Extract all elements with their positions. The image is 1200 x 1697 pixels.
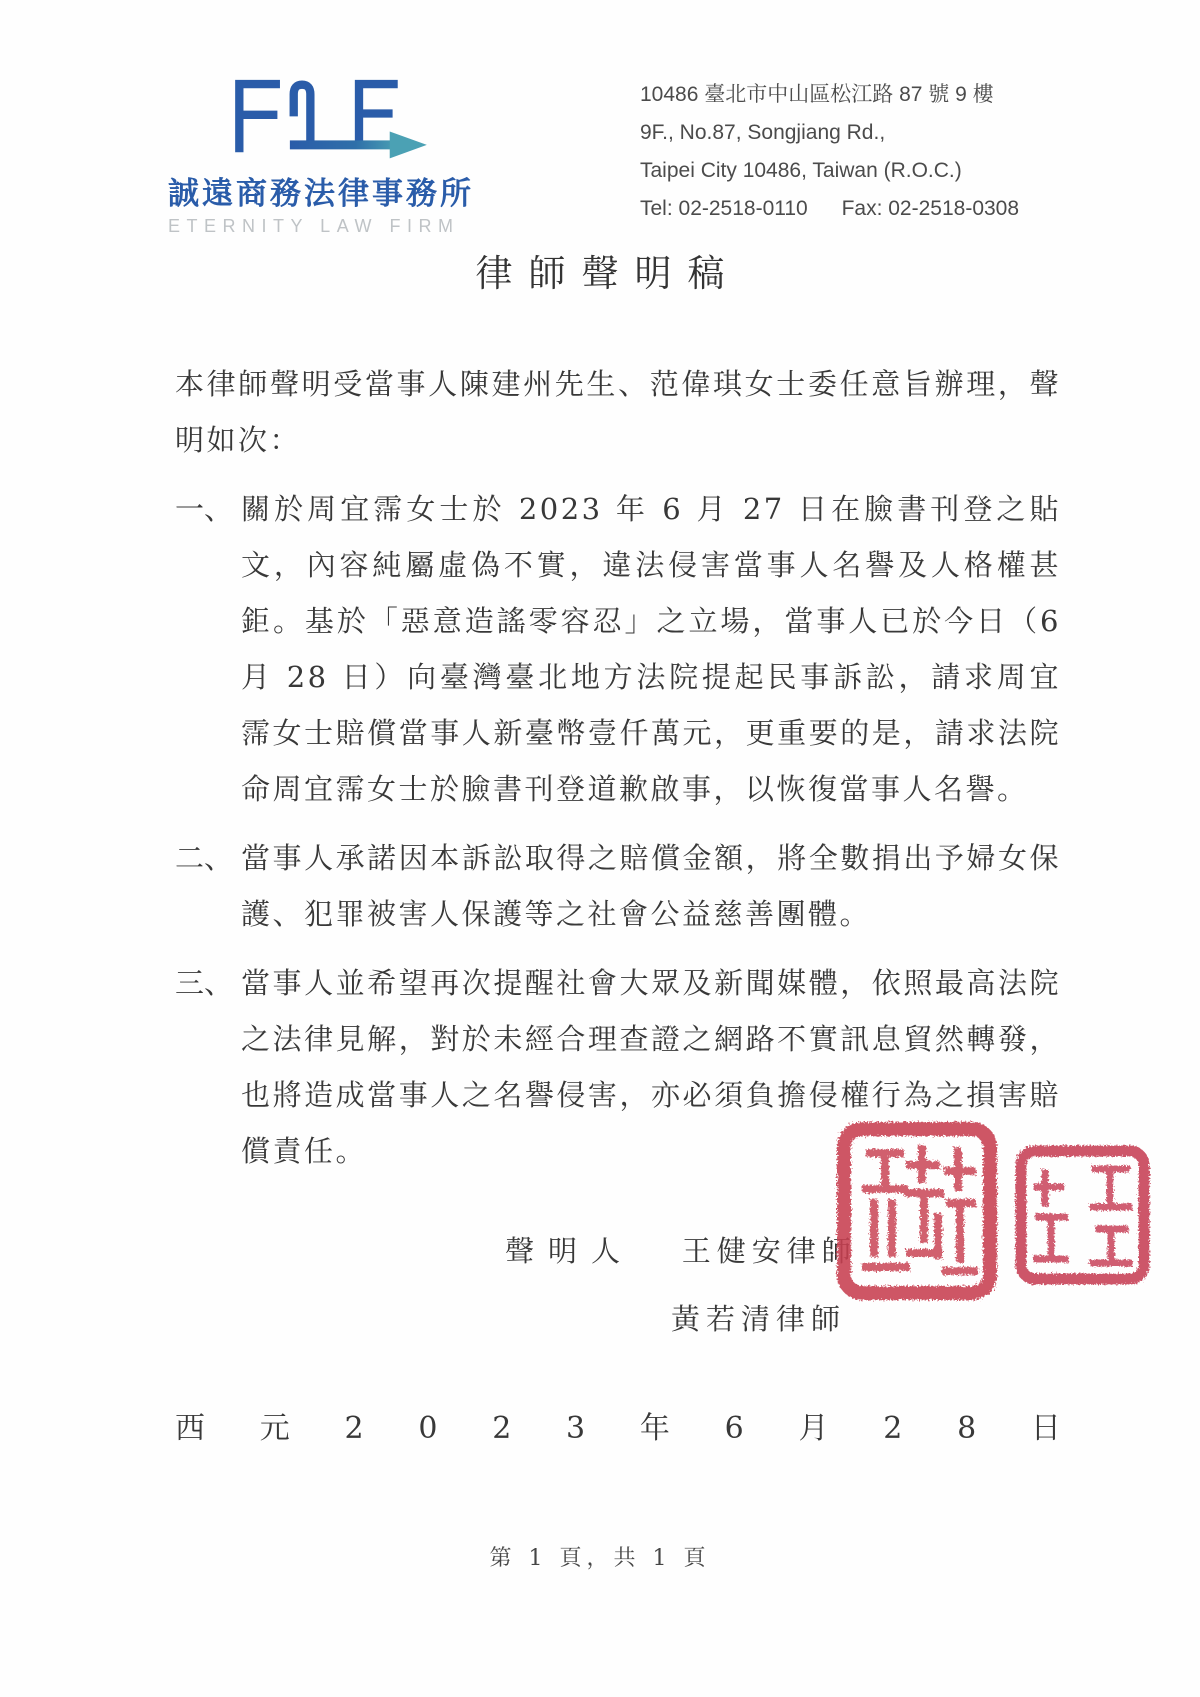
scanned-legal-statement-page: 誠遠商務法律事務所 ETERNITY LAW FIRM 10486 臺北市中山區… — [0, 0, 1200, 1697]
tel-fax-line: Tel: 02-2518-0110 Fax: 02-2518-0308 — [640, 190, 1019, 228]
item-1-text: 關於周宜霈女士於 2023 年 6 月 27 日在臉書刊登之貼文，內容純屬虛偽不… — [241, 481, 1061, 817]
signature-block: 聲明人 王健安律師 黃若清律師 — [175, 1217, 1061, 1353]
statement-body: 本律師聲明受當事人陳建州先生、范偉琪女士委任意旨辦理，聲明如次： 一、 關於周宜… — [175, 356, 1061, 1457]
lawyer-1-name: 王健安律師 — [682, 1217, 857, 1285]
tel-number: Tel: 02-2518-0110 — [640, 190, 808, 228]
date-char: 2 — [345, 1401, 364, 1457]
date-char: 6 — [725, 1401, 744, 1457]
date-char: 2 — [492, 1401, 511, 1457]
firm-contact-block: 10486 臺北市中山區松江路 87 號 9 樓 9F., No.87, Son… — [640, 76, 1019, 228]
firm-name-en: ETERNITY LAW FIRM — [168, 216, 486, 237]
item-3-marker: 三、 — [175, 955, 241, 1179]
signature-row-2: 黃若清律師 — [505, 1285, 1061, 1353]
date-char: 日 — [1031, 1401, 1061, 1457]
date-char: 0 — [418, 1401, 437, 1457]
date-char: 8 — [957, 1401, 976, 1457]
firm-logo: 誠遠商務法律事務所 ETERNITY LAW FIRM — [168, 70, 486, 237]
date-char: 元 — [260, 1401, 290, 1457]
statement-item-2: 二、 當事人承諾因本訴訟取得之賠償金額，將全數捐出予婦女保護、犯罪被害人保護等之… — [175, 830, 1061, 942]
document-title: 律師聲明稿 — [0, 243, 1200, 297]
signature-row-1: 聲明人 王健安律師 — [505, 1217, 1061, 1285]
date-char: 西 — [175, 1401, 205, 1457]
address-zh: 10486 臺北市中山區松江路 87 號 9 樓 — [640, 76, 1019, 114]
lawyer-2-name: 黃若清律師 — [671, 1285, 846, 1353]
item-2-marker: 二、 — [175, 830, 241, 942]
date-char: 2 — [883, 1401, 902, 1457]
firm-name-zh: 誠遠商務法律事務所 — [168, 168, 486, 213]
date-char: 月 — [798, 1401, 828, 1457]
date-line: 西 元 2 0 2 3 年 6 月 2 8 日 — [175, 1401, 1061, 1457]
intro-paragraph: 本律師聲明受當事人陳建州先生、范偉琪女士委任意旨辦理，聲明如次： — [175, 356, 1061, 468]
fax-number: Fax: 02-2518-0308 — [842, 190, 1019, 228]
ele-monogram-icon — [168, 70, 486, 166]
declarant-label: 聲明人 — [505, 1217, 634, 1285]
item-2-text: 當事人承諾因本訴訟取得之賠償金額，將全數捐出予婦女保護、犯罪被害人保護等之社會公… — [241, 830, 1061, 942]
address-en-line2: Taipei City 10486, Taiwan (R.O.C.) — [640, 152, 1019, 190]
statement-item-1: 一、 關於周宜霈女士於 2023 年 6 月 27 日在臉書刊登之貼文，內容純屬… — [175, 481, 1061, 817]
date-char: 3 — [566, 1401, 585, 1457]
item-1-marker: 一、 — [175, 481, 241, 817]
date-char: 年 — [640, 1401, 670, 1457]
address-en-line1: 9F., No.87, Songjiang Rd., — [640, 114, 1019, 152]
page-number-footer: 第 1 頁，共 1 頁 — [0, 1541, 1200, 1572]
statement-item-3: 三、 當事人並希望再次提醒社會大眾及新聞媒體，依照最高法院之法律見解，對於未經合… — [175, 955, 1061, 1179]
item-3-text: 當事人並希望再次提醒社會大眾及新聞媒體，依照最高法院之法律見解，對於未經合理查證… — [241, 955, 1061, 1179]
